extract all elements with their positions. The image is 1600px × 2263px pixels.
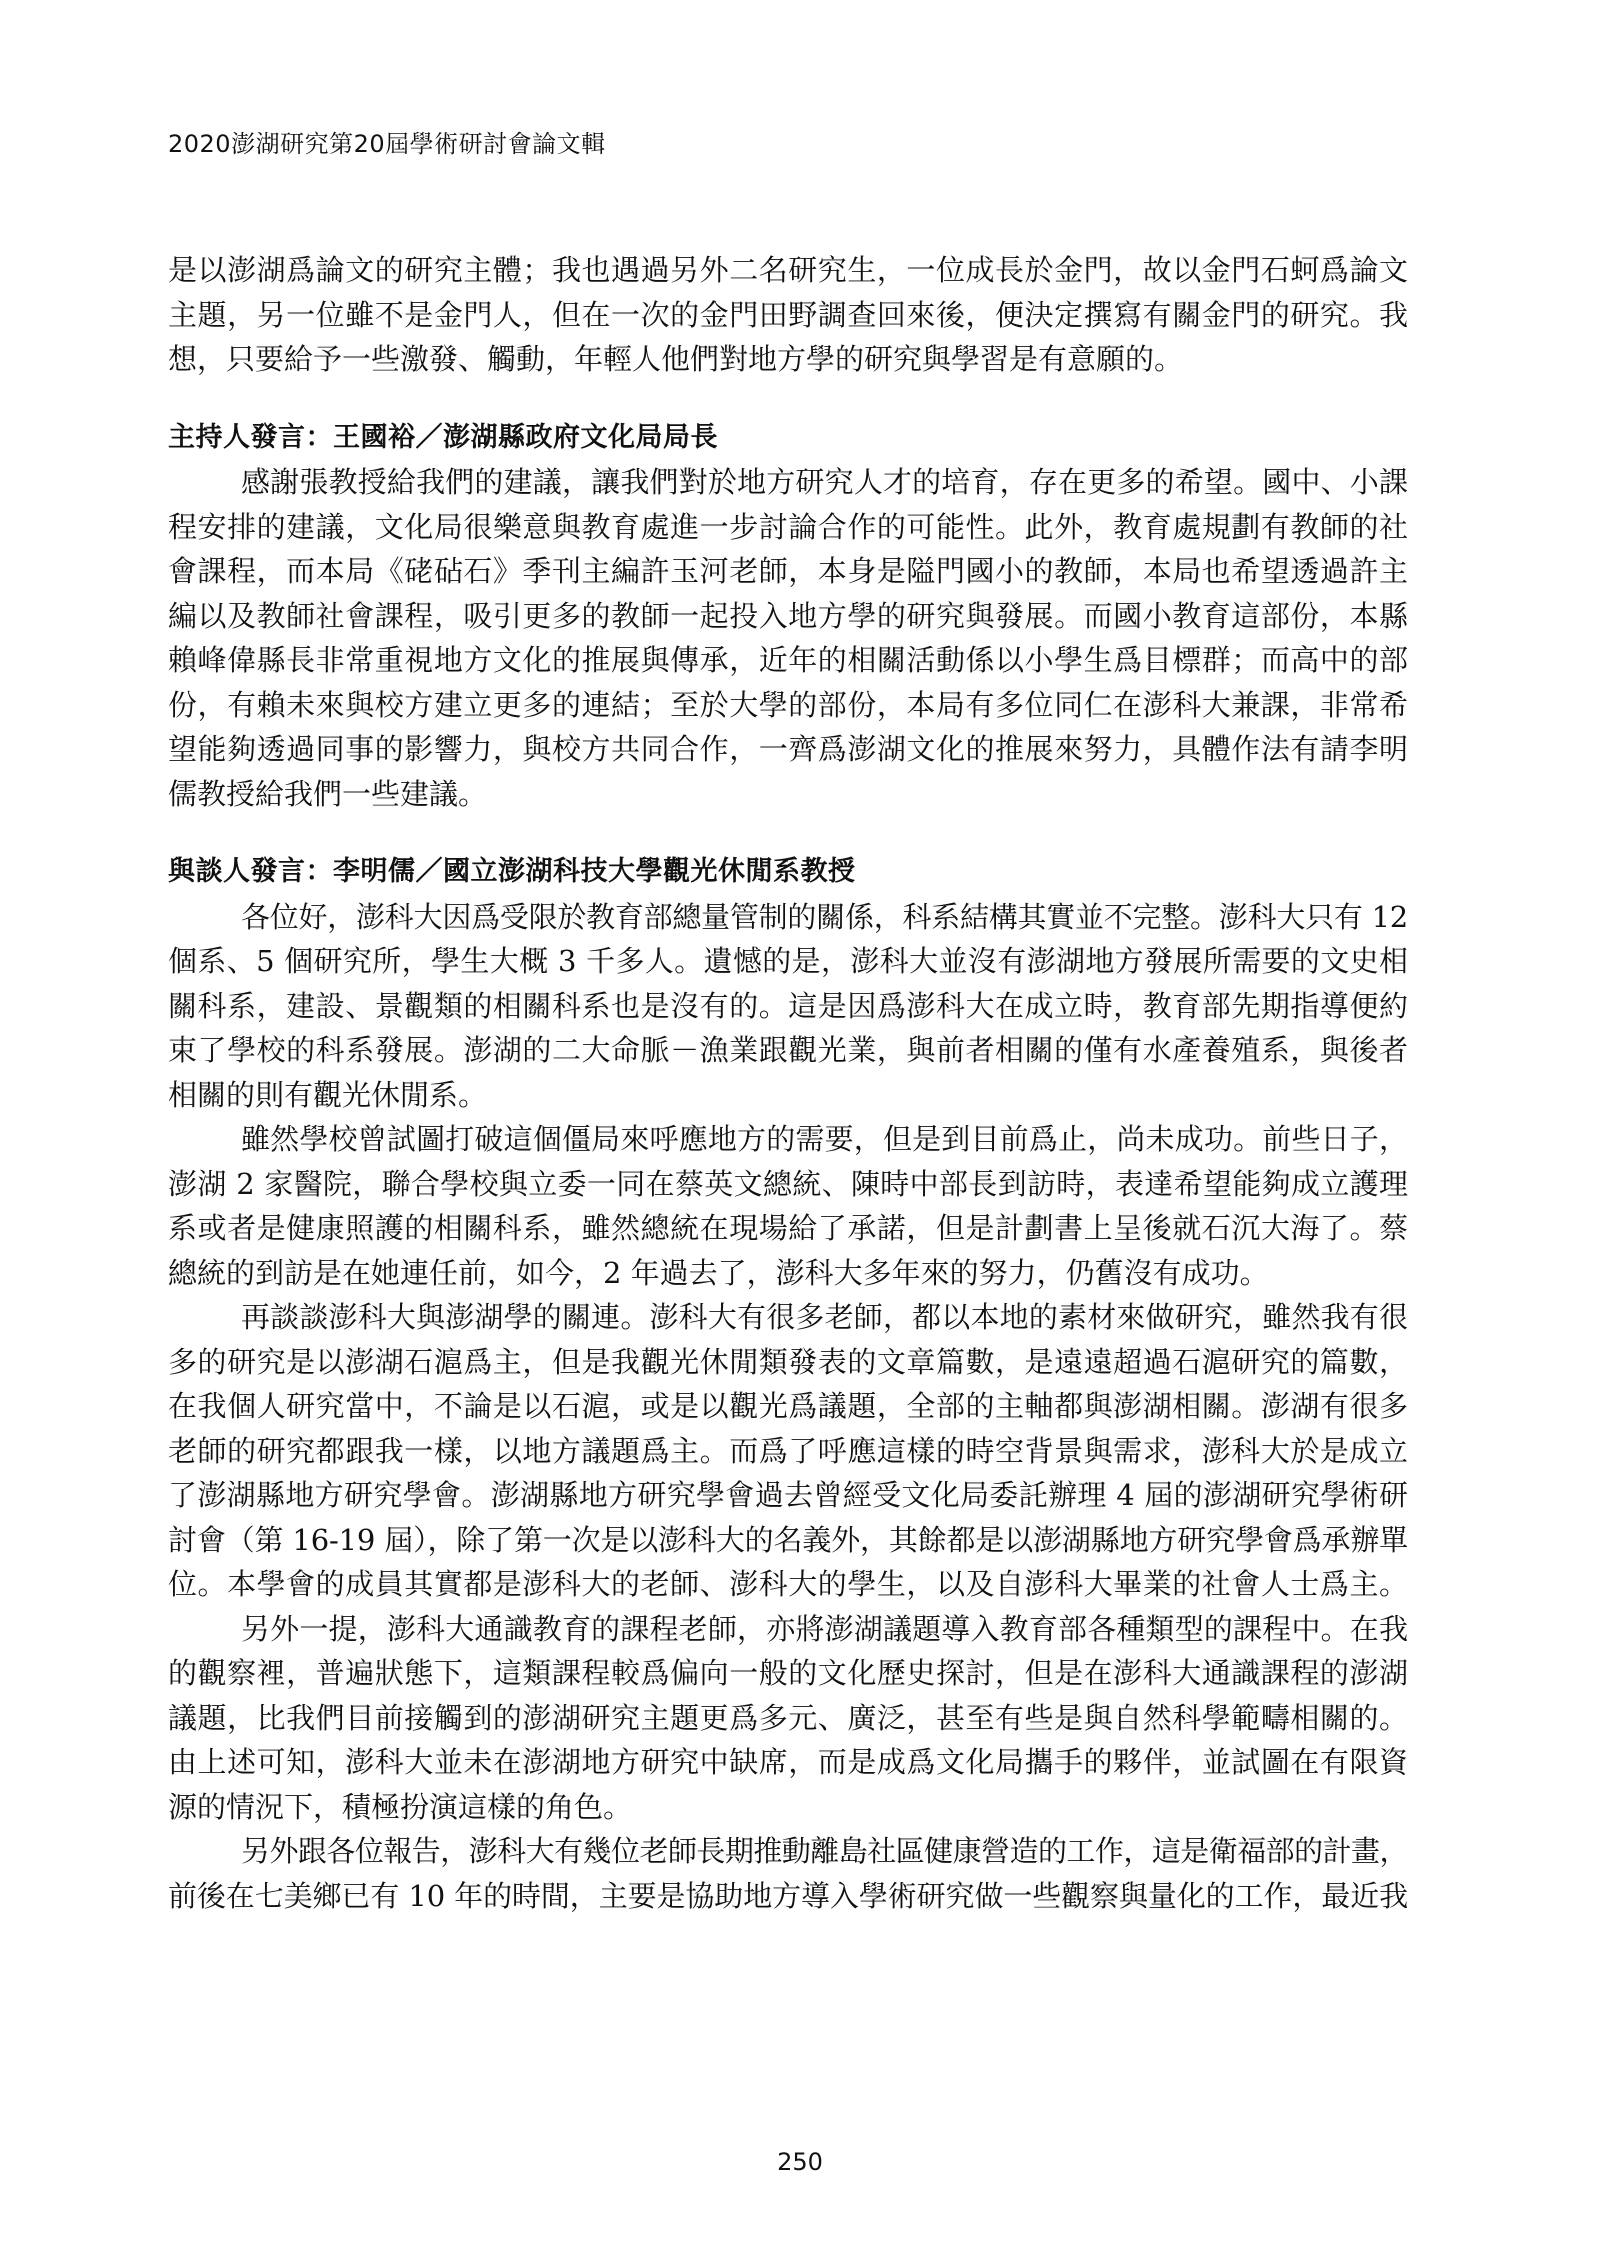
text-line: 總統的到訪是在她連任前，如今，2 年過去了，澎科大多年來的努力，仍舊沒有成功。 [168, 1251, 1408, 1296]
text-line: 束了學校的科系發展。澎湖的二大命脈－漁業跟觀光業，與前者相關的僅有水產養殖系，與… [168, 1028, 1408, 1073]
section-heading-host: 主持人發言：王國裕／澎湖縣政府文化局局長 [168, 416, 1408, 461]
text-line: 個系、5 個研究所，學生大概 3 千多人。遺憾的是，澎科大並沒有澎湖地方發展所需… [168, 939, 1408, 984]
running-header: 2020澎湖研究第20屆學術研討會論文輯 [168, 124, 606, 159]
page-number: 250 [0, 2148, 1600, 2176]
text-line: 在我個人研究當中，不論是以石滬，或是以觀光爲議題，全部的主軸都與澎湖相關。澎湖有… [168, 1384, 1408, 1429]
text-line: 儒教授給我們一些建議。 [168, 772, 1408, 817]
text-line: 各位好，澎科大因爲受限於教育部總量管制的關係，科系結構其實並不完整。澎科大只有 … [168, 895, 1408, 940]
text-line: 編以及教師社會課程，吸引更多的教師一起投入地方學的研究與發展。而國小教育這部份，… [168, 594, 1408, 639]
text-line: 源的情況下，積極扮演這樣的角色。 [168, 1785, 1408, 1830]
text-line: 關科系，建設、景觀類的相關科系也是沒有的。這是因爲澎科大在成立時，教育部先期指導… [168, 984, 1408, 1029]
text-line: 另外一提，澎科大通識教育的課程老師，亦將澎湖議題導入教育部各種類型的課程中。在我 [168, 1607, 1408, 1652]
paragraph: 各位好，澎科大因爲受限於教育部總量管制的關係，科系結構其實並不完整。澎科大只有 … [168, 895, 1408, 1118]
text-line: 系或者是健康照護的相關科系，雖然總統在現場給了承諾，但是計劃書上呈後就石沉大海了… [168, 1206, 1408, 1251]
text-line: 議題，比我們目前接觸到的澎湖研究主題更爲多元、廣泛，甚至有些是與自然科學範疇相關… [168, 1696, 1408, 1741]
section-heading-panelist: 與談人發言：李明儒／國立澎湖科技大學觀光休閒系教授 [168, 850, 1408, 895]
text-line: 相關的則有觀光休閒系。 [168, 1073, 1408, 1118]
text-line: 位。本學會的成員其實都是澎科大的老師、澎科大的學生，以及自澎科大畢業的社會人士爲… [168, 1562, 1408, 1607]
text-line: 主題，另一位雖不是金門人，但在一次的金門田野調查回來後，便決定撰寫有關金門的研究… [168, 293, 1408, 338]
text-line: 另外跟各位報告，澎科大有幾位老師長期推動離島社區健康營造的工作，這是衛福部的計畫… [168, 1829, 1408, 1874]
text-line: 想，只要給予一些激發、觸動，年輕人他們對地方學的研究與學習是有意願的。 [168, 337, 1408, 382]
paragraph: 再談談澎科大與澎湖學的關連。澎科大有很多老師，都以本地的素材來做研究，雖然我有很… [168, 1295, 1408, 1607]
paragraph: 另外一提，澎科大通識教育的課程老師，亦將澎湖議題導入教育部各種類型的課程中。在我… [168, 1607, 1408, 1830]
text-line: 的觀察裡，普遍狀態下，這類課程較爲偏向一般的文化歷史探討，但是在澎科大通識課程的… [168, 1651, 1408, 1696]
text-line: 賴峰偉縣長非常重視地方文化的推展與傳承，近年的相關活動係以小學生爲目標群；而高中… [168, 638, 1408, 683]
text-line: 澎湖 2 家醫院，聯合學校與立委一同在蔡英文總統、陳時中部長到訪時，表達希望能夠… [168, 1162, 1408, 1207]
intro-paragraph: 是以澎湖爲論文的研究主體；我也遇過另外二名研究生，一位成長於金門，故以金門石蚵爲… [168, 248, 1408, 382]
text-line: 雖然學校曾試圖打破這個僵局來呼應地方的需要，但是到目前爲止，尚未成功。前些日子， [168, 1117, 1408, 1162]
text-line: 再談談澎科大與澎湖學的關連。澎科大有很多老師，都以本地的素材來做研究，雖然我有很 [168, 1295, 1408, 1340]
text-line: 由上述可知，澎科大並未在澎湖地方研究中缺席，而是成爲文化局攜手的夥伴，並試圖在有… [168, 1740, 1408, 1785]
text-line: 份，有賴未來與校方建立更多的連結；至於大學的部份，本局有多位同仁在澎科大兼課，非… [168, 683, 1408, 728]
text-line: 了澎湖縣地方研究學會。澎湖縣地方研究學會過去曾經受文化局委託辦理 4 屆的澎湖研… [168, 1473, 1408, 1518]
page-body: 是以澎湖爲論文的研究主體；我也遇過另外二名研究生，一位成長於金門，故以金門石蚵爲… [168, 248, 1408, 1918]
text-line: 望能夠透過同事的影響力，與校方共同合作，一齊爲澎湖文化的推展來努力，具體作法有請… [168, 727, 1408, 772]
paragraph: 雖然學校曾試圖打破這個僵局來呼應地方的需要，但是到目前爲止，尚未成功。前些日子，… [168, 1117, 1408, 1295]
text-line: 討會（第 16-19 屆），除了第一次是以澎科大的名義外，其餘都是以澎湖縣地方研… [168, 1518, 1408, 1563]
paragraph: 感謝張教授給我們的建議，讓我們對於地方研究人才的培育，存在更多的希望。國中、小課… [168, 460, 1408, 816]
text-line: 感謝張教授給我們的建議，讓我們對於地方研究人才的培育，存在更多的希望。國中、小課 [168, 460, 1408, 505]
text-line: 前後在七美鄉已有 10 年的時間，主要是協助地方導入學術研究做一些觀察與量化的工… [168, 1874, 1408, 1919]
text-line: 程安排的建議，文化局很樂意與教育處進一步討論合作的可能性。此外，教育處規劃有教師… [168, 505, 1408, 550]
text-line: 會課程，而本局《硓砧石》季刊主編許玉河老師，本身是隘門國小的教師，本局也希望透過… [168, 549, 1408, 594]
text-line: 多的研究是以澎湖石滬爲主，但是我觀光休閒類發表的文章篇數，是遠遠超過石滬研究的篇… [168, 1340, 1408, 1385]
text-line: 是以澎湖爲論文的研究主體；我也遇過另外二名研究生，一位成長於金門，故以金門石蚵爲… [168, 248, 1408, 293]
paragraph: 另外跟各位報告，澎科大有幾位老師長期推動離島社區健康營造的工作，這是衛福部的計畫… [168, 1829, 1408, 1918]
text-line: 老師的研究都跟我一樣，以地方議題爲主。而爲了呼應這樣的時空背景與需求，澎科大於是… [168, 1429, 1408, 1474]
